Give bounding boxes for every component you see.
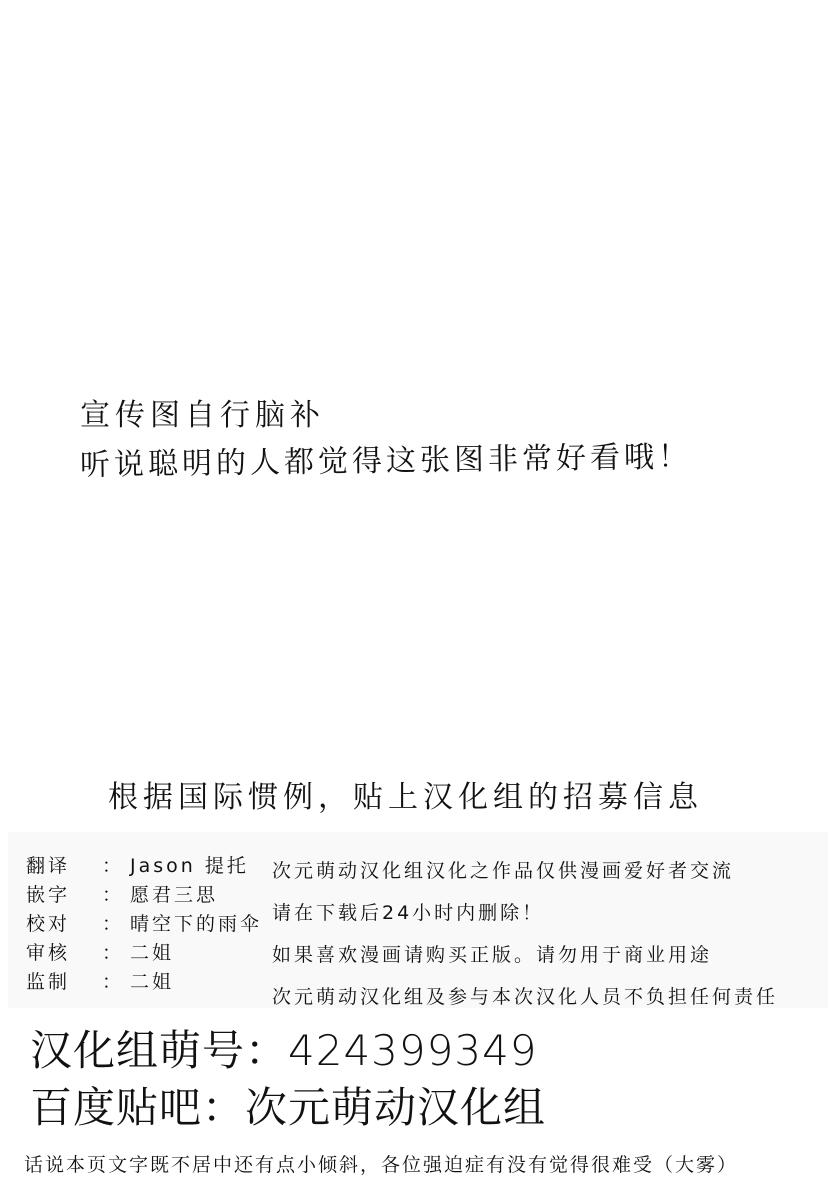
contact-tieba: 百度贴吧：次元萌动汉化组 xyxy=(30,1075,546,1135)
credit-name: 晴空下的雨伞 xyxy=(130,910,262,939)
credit-name: 二姐 xyxy=(130,939,174,968)
footnote: 话说本页文字既不居中还有点小倾斜，各位强迫症有没有觉得很难受（大雾） xyxy=(24,1150,738,1177)
tieba-label: 百度贴吧： xyxy=(30,1083,245,1132)
credit-separator: ： xyxy=(102,881,130,910)
promo-line-1: 宣传图自行脑补 xyxy=(80,390,325,434)
contact-qq-group: 汉化组萌号：424399349 xyxy=(30,1018,538,1078)
credit-row-supervisor: 监制 ： 二姐 xyxy=(26,968,262,997)
disclaimer: 次元萌动汉化组汉化之作品仅供漫画爱好者交流 请在下载后24小时内删除！ 如果喜欢… xyxy=(272,850,778,1018)
qq-label: 汉化组萌号： xyxy=(30,1026,288,1075)
credit-name: Jason 提托 xyxy=(130,852,249,881)
credit-name: 二姐 xyxy=(130,968,174,997)
credit-separator: ： xyxy=(102,852,130,881)
credit-role: 翻译 xyxy=(26,852,102,881)
credit-role: 审核 xyxy=(26,939,102,968)
disclaimer-line: 请在下载后24小时内删除！ xyxy=(272,892,778,934)
qq-value: 424399349 xyxy=(288,1026,538,1075)
credit-name: 愿君三思 xyxy=(130,881,218,910)
disclaimer-line: 如果喜欢漫画请购买正版。请勿用于商业用途 xyxy=(272,934,778,976)
credit-row-typesetter: 嵌字 ： 愿君三思 xyxy=(26,881,262,910)
credit-row-reviewer: 审核 ： 二姐 xyxy=(26,939,262,968)
disclaimer-line: 次元萌动汉化组及参与本次汉化人员不负担任何责任 xyxy=(272,976,778,1018)
credit-row-proofreader: 校对 ： 晴空下的雨伞 xyxy=(26,910,262,939)
disclaimer-line: 次元萌动汉化组汉化之作品仅供漫画爱好者交流 xyxy=(272,850,778,892)
credit-role: 监制 xyxy=(26,968,102,997)
tieba-value: 次元萌动汉化组 xyxy=(245,1083,546,1132)
credit-row-translator: 翻译 ： Jason 提托 xyxy=(26,852,262,881)
credit-separator: ： xyxy=(102,910,130,939)
credit-separator: ： xyxy=(102,968,130,997)
promo-line-2: 听说聪明的人都觉得这张图非常好看哦！ xyxy=(80,431,693,484)
credit-role: 校对 xyxy=(26,910,102,939)
credits-list: 翻译 ： Jason 提托 嵌字 ： 愿君三思 校对 ： 晴空下的雨伞 审核 ：… xyxy=(26,852,262,997)
credit-role: 嵌字 xyxy=(26,881,102,910)
recruit-heading: 根据国际惯例，贴上汉化组的招募信息 xyxy=(108,772,703,816)
credit-separator: ： xyxy=(102,939,130,968)
